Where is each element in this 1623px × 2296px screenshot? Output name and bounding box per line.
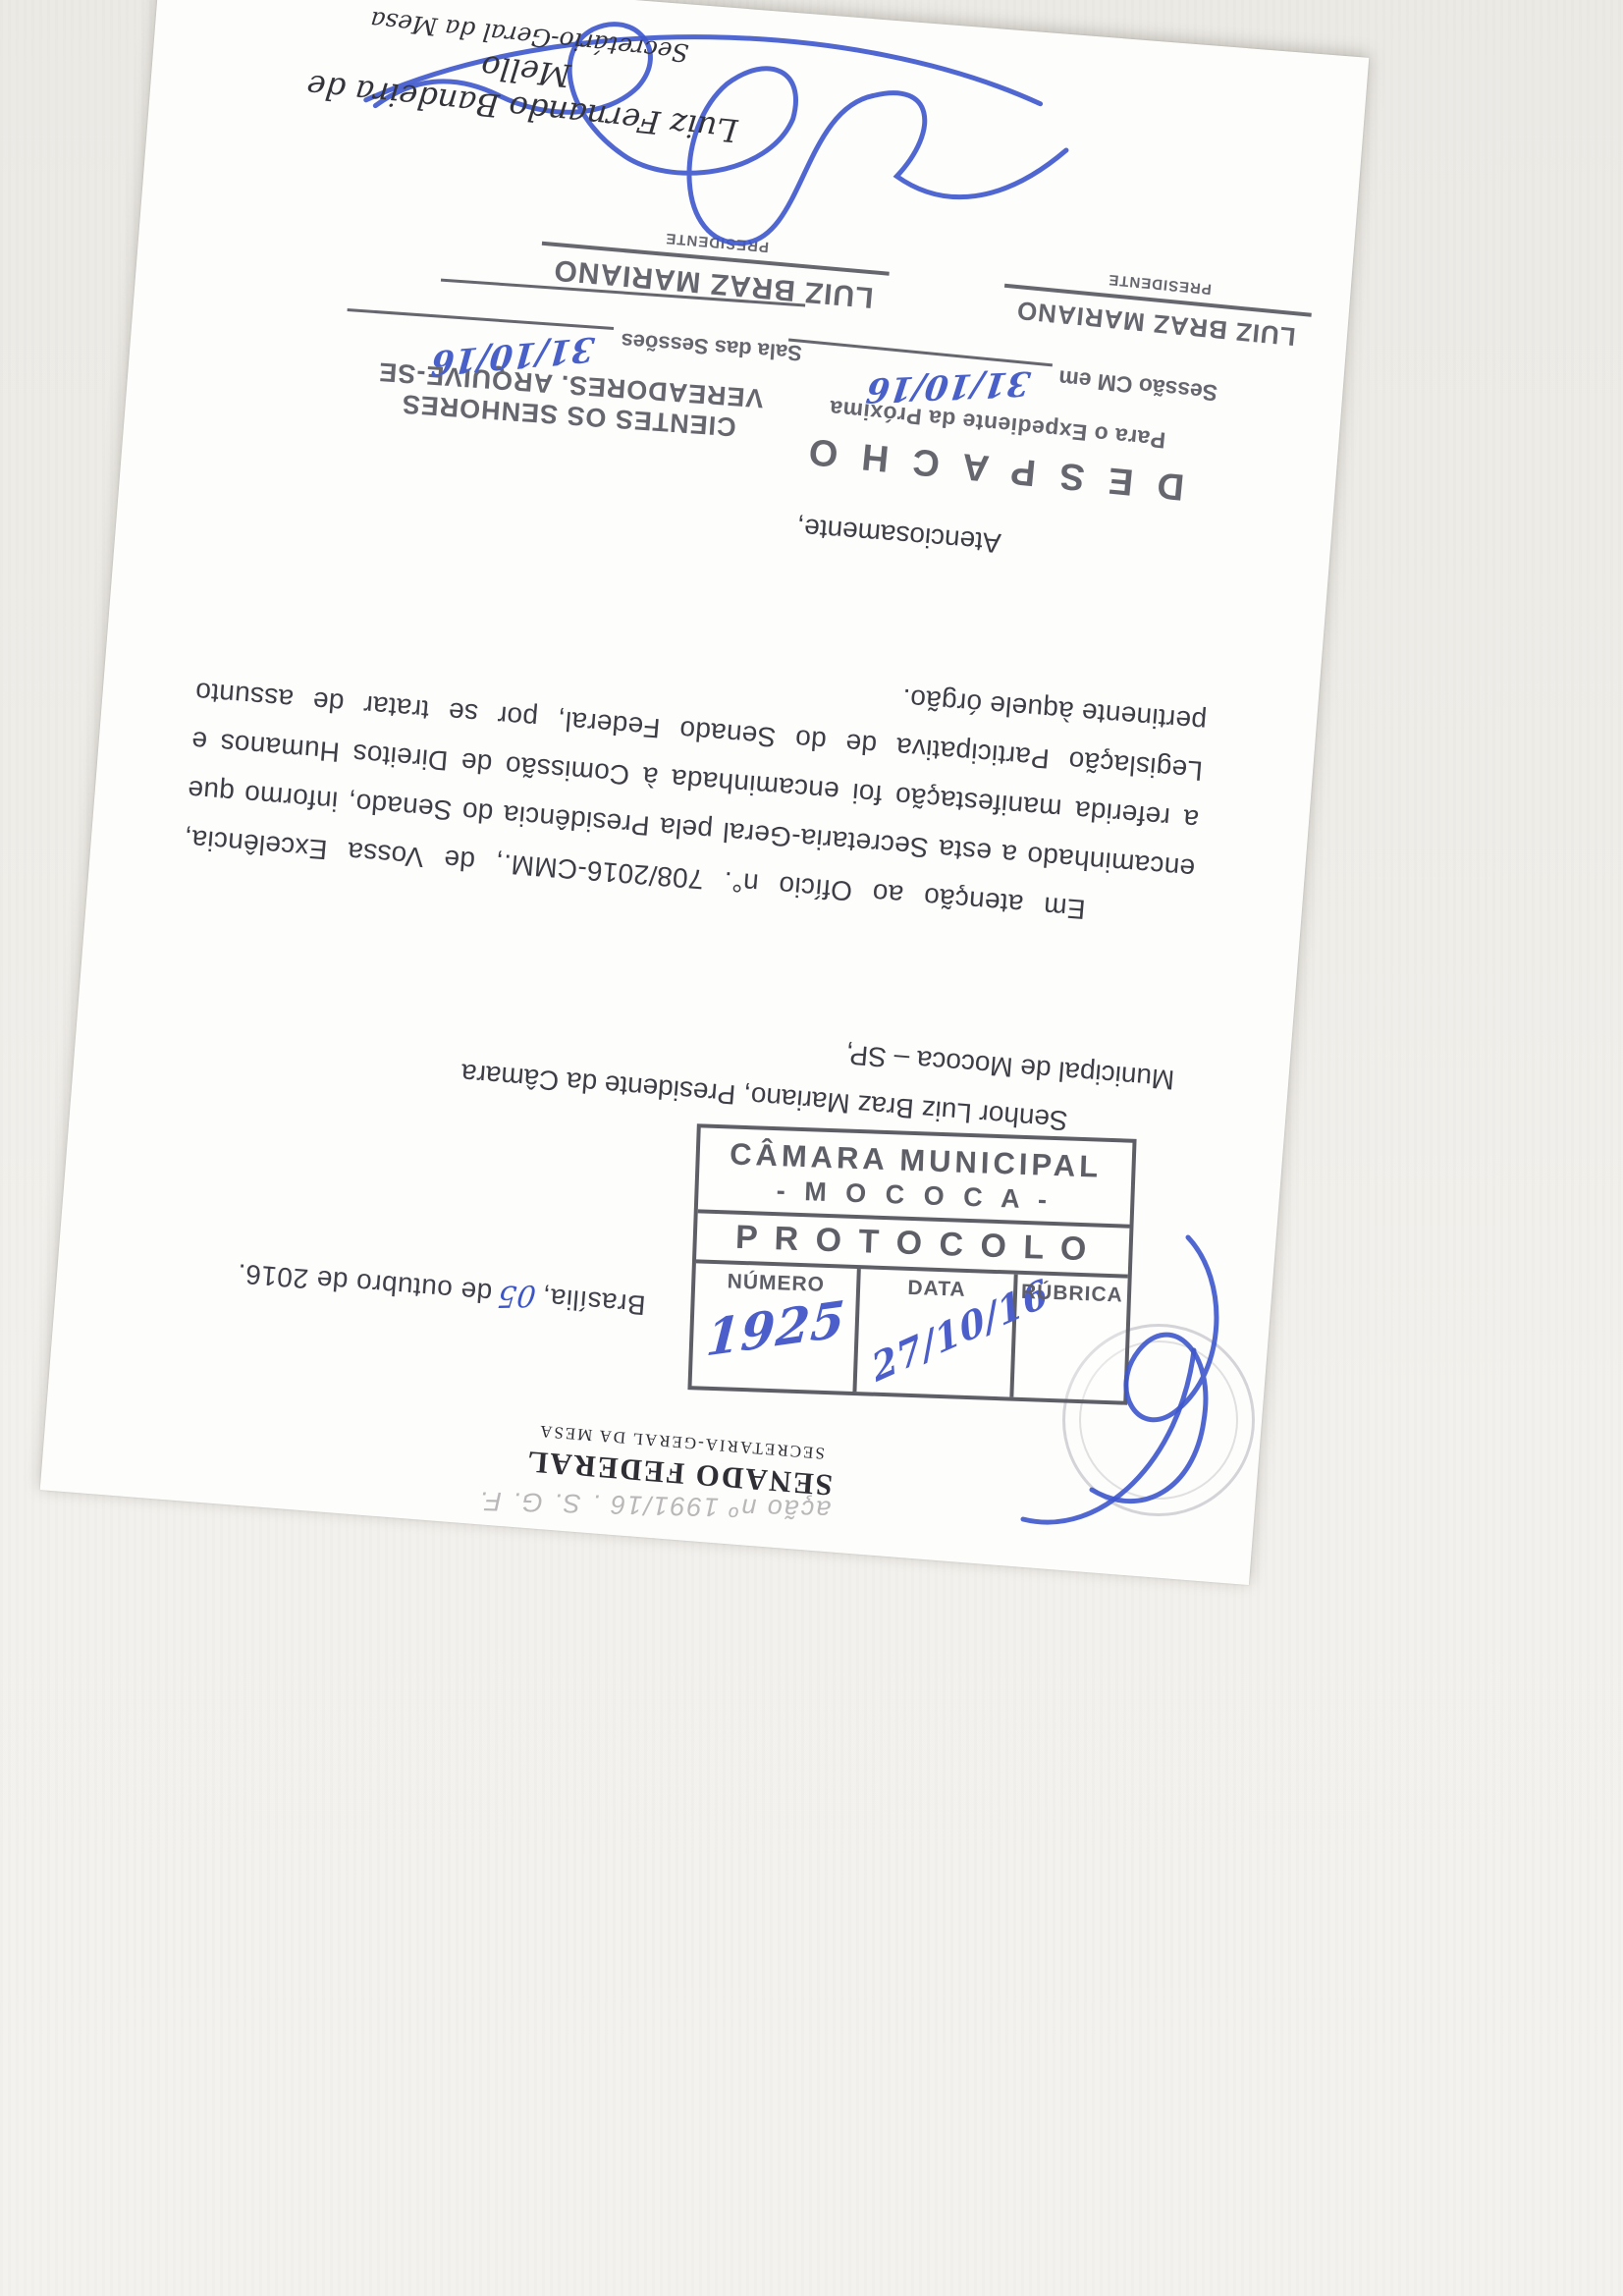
- date-city: Brasília,: [541, 1283, 647, 1321]
- date-line: Brasília,05de outubro de 2016.: [236, 1256, 646, 1323]
- date-rest: de outubro de 2016.: [236, 1258, 493, 1308]
- indent-spacer: [1068, 1112, 1171, 1120]
- salutation: Senhor Luiz Braz Mariano, Presidente da …: [167, 976, 1176, 1153]
- scan-background: ação nº 1991/16 . S. G. F. SENADO FEDERA…: [0, 0, 1623, 2296]
- rubrica-ink: [982, 1213, 1257, 1547]
- protocolo-numero-value: 1925: [704, 1289, 847, 1368]
- despacho-handwritten-date: 31/10/16: [864, 363, 1033, 410]
- body-paragraph: Em atenção ao Ofício n°. 708/2016-CMM., …: [182, 618, 1208, 942]
- handwritten-day: 05: [496, 1278, 538, 1313]
- despacho-stamp: D E S P A C H O Para o Expediente da Pró…: [777, 339, 1219, 511]
- protocolo-col-numero: NÚMERO 1925: [692, 1263, 861, 1392]
- closing-atenciosamente: Atenciosamente,: [795, 512, 1001, 559]
- cientes-date-label: Sala das Sessões: [621, 328, 803, 366]
- despacho-date-label: Sessão CM em: [1057, 364, 1218, 406]
- cientes-date-row: Sala das Sessões 31/10/16: [346, 308, 803, 365]
